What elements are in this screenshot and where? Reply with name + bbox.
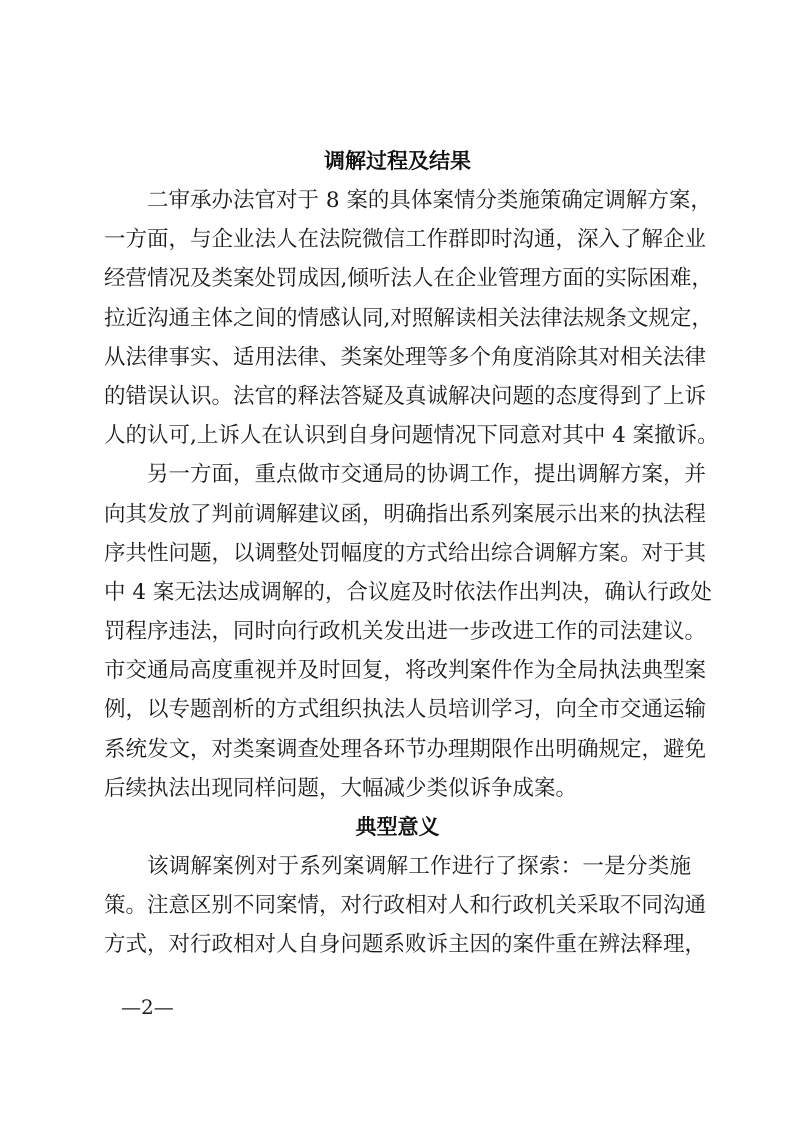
text-line: 方式，对行政相对人自身问题系败诉主因的案件重在辨法释理， xyxy=(104,925,691,964)
document-page: 调解过程及结果 二审承办法官对于 8 案的具体案情分类施策确定调解方案， 一方面… xyxy=(0,0,793,1122)
text-line: 经营情况及类案处罚成因,倾听法人在企业管理方面的实际困难， xyxy=(104,259,691,298)
section-heading-significance: 典型意义 xyxy=(104,808,691,847)
document-body: 调解过程及结果 二审承办法官对于 8 案的具体案情分类施策确定调解方案， 一方面… xyxy=(104,142,691,965)
text-line: 的错误认识。法官的释法答疑及真诚解决问题的态度得到了上诉 xyxy=(104,377,691,416)
text-line: 拉近沟通主体之间的情感认同,对照解读相关法律法规条文规定， xyxy=(104,299,691,338)
text-line: 市交通局高度重视并及时回复，将改判案件作为全局执法典型案 xyxy=(104,651,691,690)
text-line: 另一方面，重点做市交通局的协调工作，提出调解方案，并 xyxy=(104,455,691,494)
text-line: 后续执法出现同样问题，大幅减少类似诉争成案。 xyxy=(104,769,691,808)
text-line: 该调解案例对于系列案调解工作进行了探索：一是分类施 xyxy=(104,847,691,886)
text-line: 中 4 案无法达成调解的，合议庭及时依法作出判决，确认行政处 xyxy=(104,573,691,612)
paragraph-mediation-one: 二审承办法官对于 8 案的具体案情分类施策确定调解方案， 一方面，与企业法人在法… xyxy=(104,181,691,455)
text-line: 系统发文，对类案调查处理各环节办理期限作出明确规定，避免 xyxy=(104,730,691,769)
text-line: 例，以专题剖析的方式组织执法人员培训学习，向全市交通运输 xyxy=(104,690,691,729)
text-line: 序共性问题，以调整处罚幅度的方式给出综合调解方案。对于其 xyxy=(104,534,691,573)
text-line: 策。注意区别不同案情，对行政相对人和行政机关采取不同沟通 xyxy=(104,886,691,925)
text-line: 一方面，与企业法人在法院微信工作群即时沟通，深入了解企业 xyxy=(104,220,691,259)
text-line: 从法律事实、适用法律、类案处理等多个角度消除其对相关法律 xyxy=(104,338,691,377)
paragraph-mediation-two: 另一方面，重点做市交通局的协调工作，提出调解方案，并 向其发放了判前调解建议函，… xyxy=(104,455,691,808)
text-line: 向其发放了判前调解建议函，明确指出系列案展示出来的执法程 xyxy=(104,495,691,534)
text-line: 罚程序违法，同时向行政机关发出进一步改进工作的司法建议。 xyxy=(104,612,691,651)
text-line: 人的认可,上诉人在认识到自身问题情况下同意对其中 4 案撤诉。 xyxy=(104,416,691,455)
page-number: —2— xyxy=(121,995,174,1019)
section-heading-mediation-process: 调解过程及结果 xyxy=(104,142,691,181)
paragraph-significance: 该调解案例对于系列案调解工作进行了探索：一是分类施 策。注意区别不同案情，对行政… xyxy=(104,847,691,965)
text-line: 二审承办法官对于 8 案的具体案情分类施策确定调解方案， xyxy=(104,181,691,220)
